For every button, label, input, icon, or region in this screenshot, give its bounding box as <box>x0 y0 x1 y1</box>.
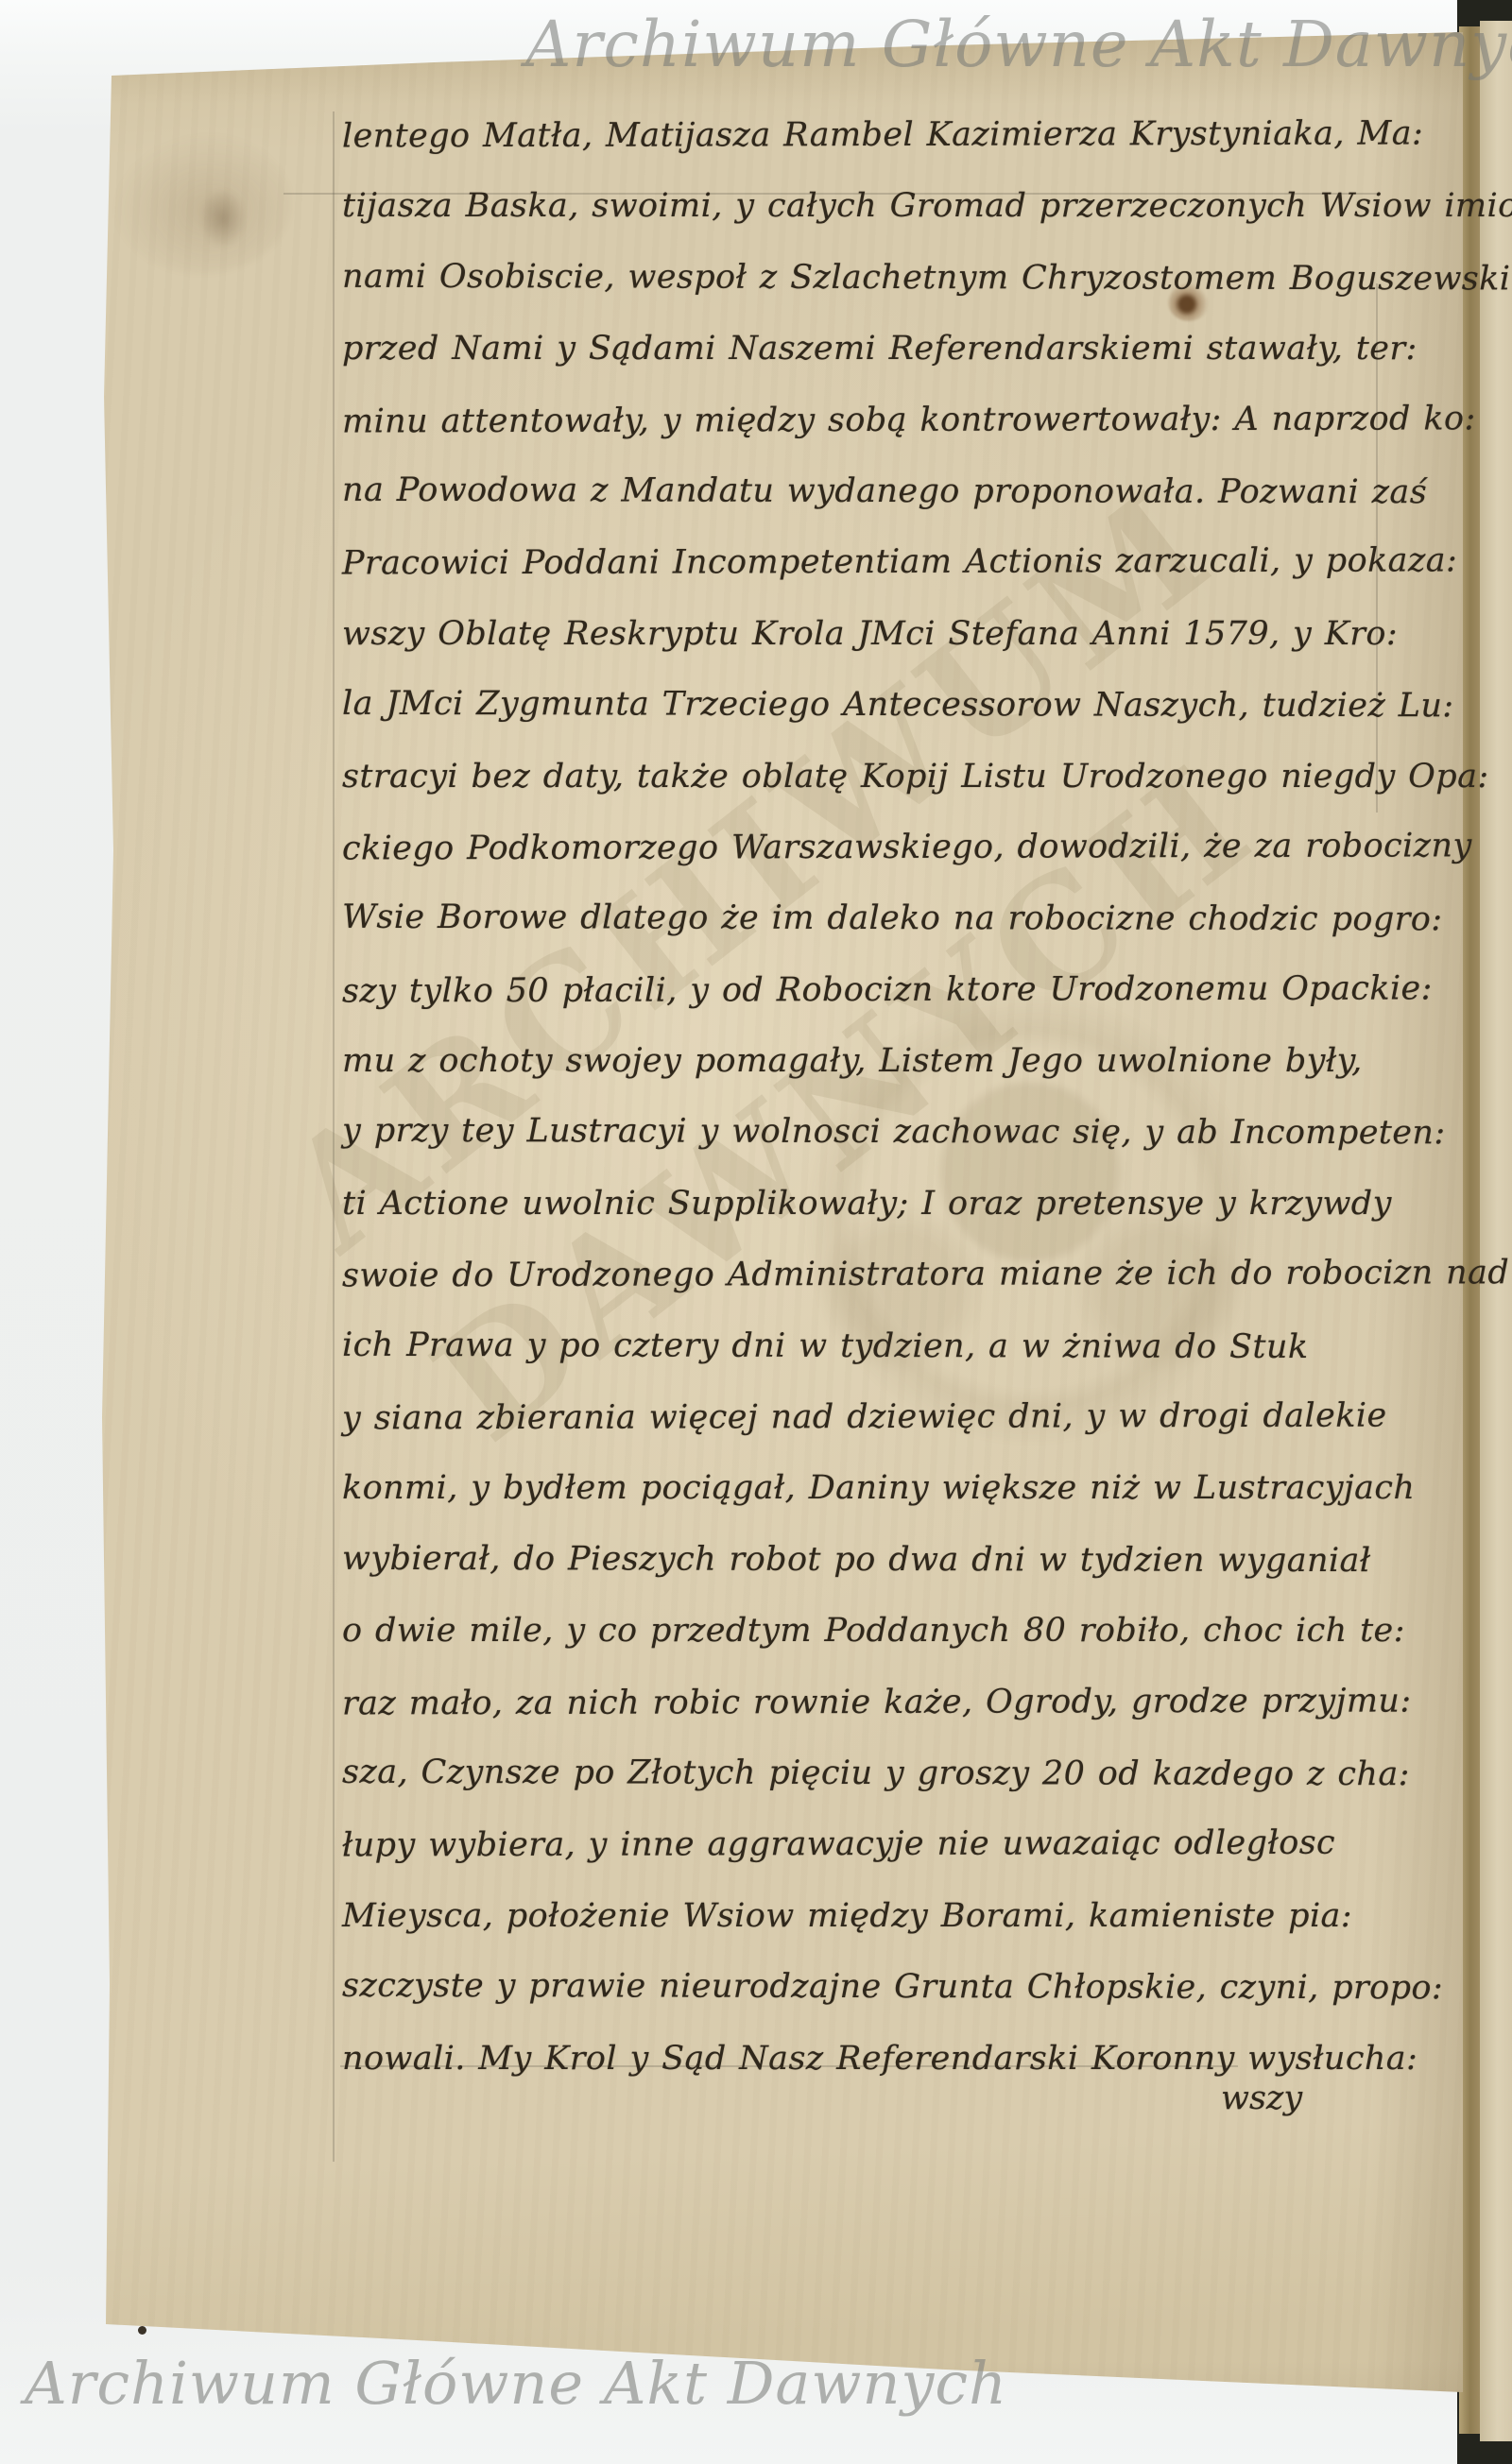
manuscript-line: Pracowici Poddani Incompetentiam Actioni… <box>342 538 1385 611</box>
manuscript-line: szy tylko 50 płacili, y od Robocizn ktor… <box>342 965 1385 1038</box>
manuscript-line: Wsie Borowe dlatego że im daleko na robo… <box>342 894 1385 967</box>
manuscript-line: przed Nami y Sądami Naszemi Referendarsk… <box>342 325 1385 396</box>
margin-rule-left <box>333 111 335 2162</box>
manuscript-line: stracyi bez daty, także oblatę Kopij Lis… <box>342 753 1385 824</box>
manuscript-line: y przy tey Lustracyi y wolnosci zachowac… <box>342 1107 1385 1181</box>
manuscript-line: sza, Czynsze po Złotych pięciu y groszy … <box>342 1749 1385 1822</box>
small-ink-dot <box>138 2326 146 2335</box>
manuscript-line: ich Prawa y po cztery dni w tydzien, a w… <box>342 1321 1385 1395</box>
archive-watermark-top: Archiwum Główne Akt Dawnych <box>525 8 1512 81</box>
next-page-edge <box>1480 21 1512 2441</box>
manuscript-line: mu z ochoty swojey pomagały, Listem Jego… <box>342 1037 1385 1108</box>
manuscript-line: wszy Oblatę Reskryptu Krola JMci Stefana… <box>342 610 1385 681</box>
manuscript-line: minu attentowały, y między sobą kontrowe… <box>342 395 1385 469</box>
manuscript-line: lentego Matła, Matijasza Rambel Kazimier… <box>342 111 1385 184</box>
manuscript-line: na Powodowa z Mandatu wydanego proponowa… <box>342 467 1385 540</box>
paper-dark-mark <box>200 189 246 248</box>
manuscript-line: ti Actione uwolnic Supplikowały; I oraz … <box>342 1180 1385 1251</box>
manuscript-line: nami Osobiscie, wespoł z Szlachetnym Chr… <box>342 253 1385 327</box>
manuscript-line: y siana zbierania więcej nad dziewięc dn… <box>342 1393 1385 1466</box>
manuscript-line: tijasza Baska, swoimi, y całych Gromad p… <box>342 182 1385 253</box>
archive-watermark-bottom: Archiwum Główne Akt Dawnych <box>25 2349 970 2418</box>
handwritten-text-block: lentego Matła, Matijasza Rambel Kazimier… <box>342 111 1385 2106</box>
manuscript-line: swoie do Urodzonego Administratora miane… <box>342 1250 1385 1324</box>
manuscript-line: ckiego Podkomorzego Warszawskiego, dowod… <box>342 822 1385 896</box>
paper-smudge-stain <box>112 132 291 274</box>
manuscript-line: szczyste y prawie nieurodzajne Grunta Ch… <box>342 1962 1385 2036</box>
manuscript-line: konmi, y bydłem pociągał, Daniny większe… <box>342 1464 1385 1535</box>
manuscript-line: łupy wybiera, y inne aggrawacyje nie uwa… <box>342 1820 1385 1893</box>
manuscript-catchword: wszy <box>1221 2075 1302 2122</box>
manuscript-line: o dwie mile, y co przedtym Poddanych 80 … <box>342 1607 1385 1678</box>
manuscript-line: la JMci Zygmunta Trzeciego Antecessorow … <box>342 680 1385 754</box>
manuscript-line: Mieysca, położenie Wsiow między Borami, … <box>342 1892 1385 1963</box>
manuscript-line: raz mało, za nich robic rownie każe, Ogr… <box>342 1677 1385 1751</box>
manuscript-line: wybierał, do Pieszych robot po dwa dni w… <box>342 1535 1385 1609</box>
